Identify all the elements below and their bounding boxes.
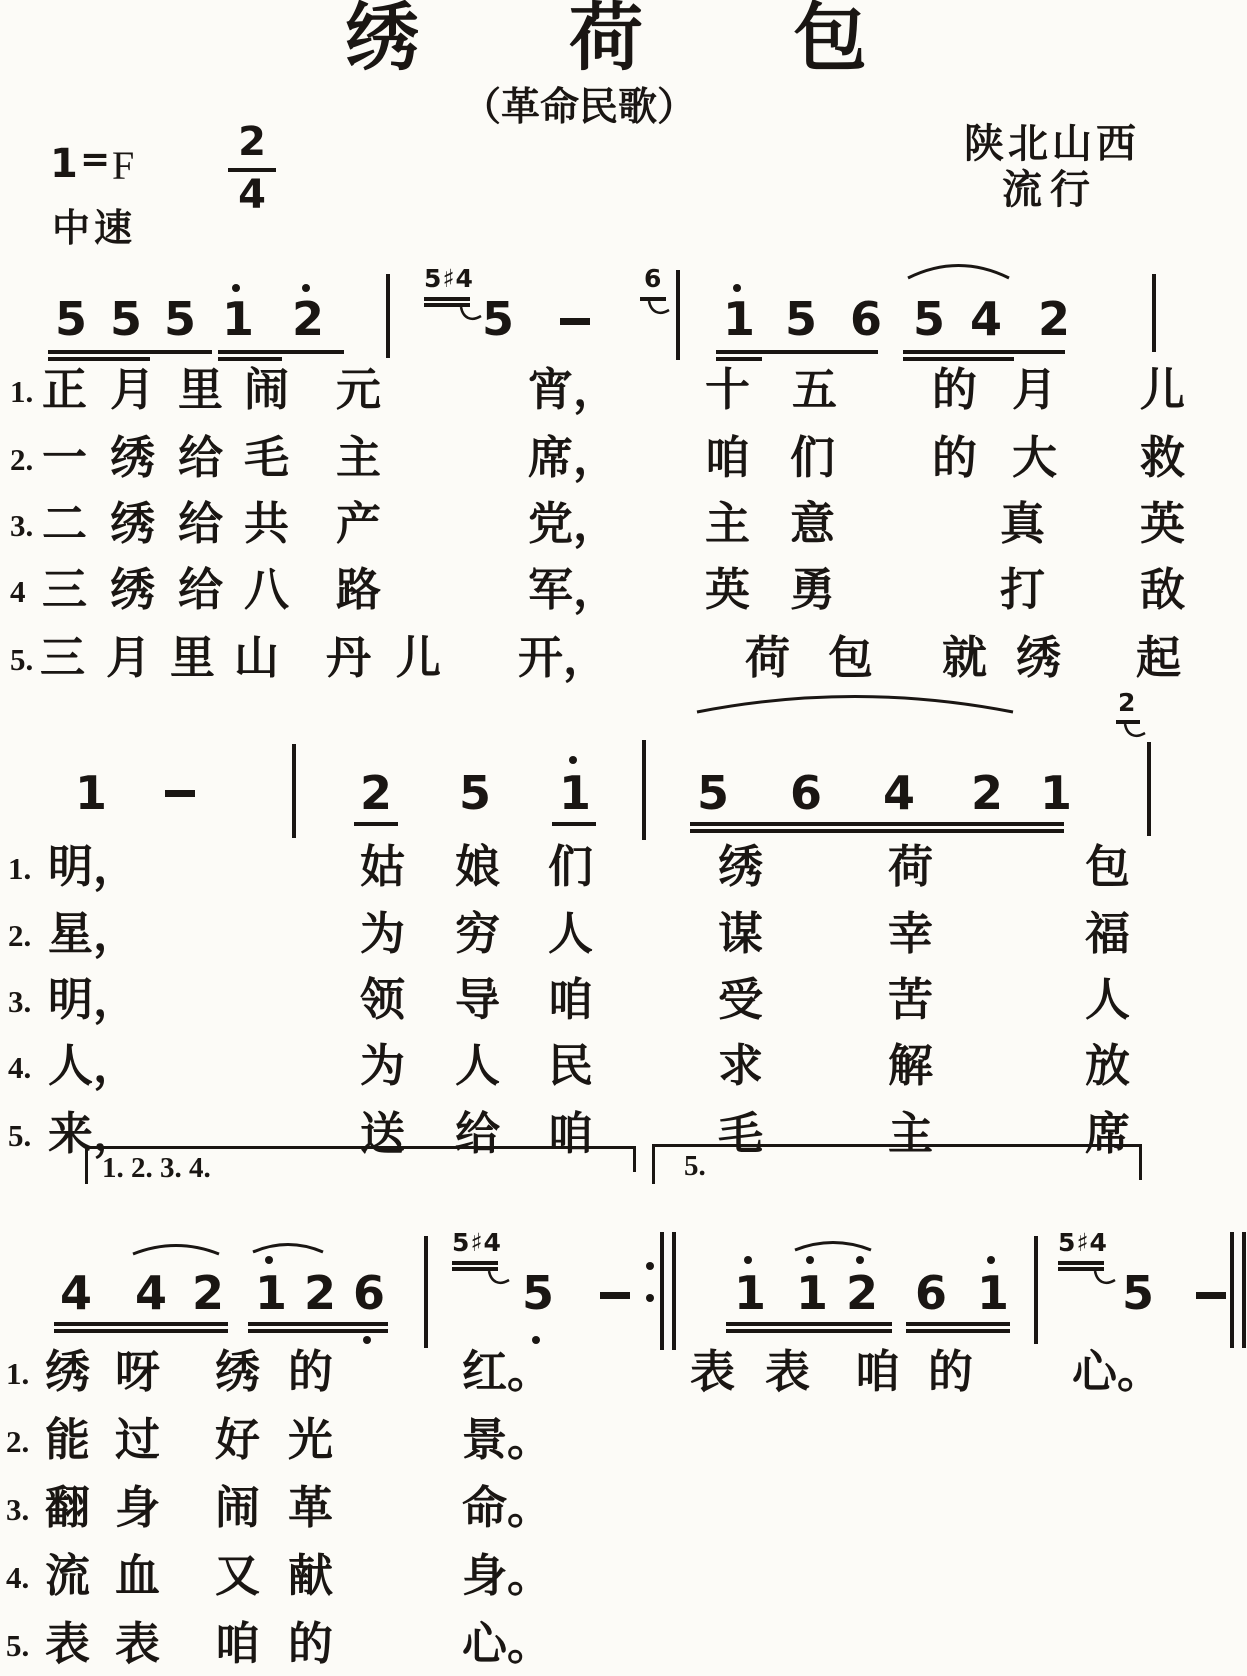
beam-line: [716, 350, 878, 354]
lyric-char: 星，: [48, 912, 138, 957]
note: 1: [559, 770, 591, 816]
barline: [660, 1232, 664, 1350]
barline: [1152, 274, 1156, 352]
verse-number: 4: [10, 576, 26, 607]
duration-dash: [165, 790, 195, 797]
lyric-char: 命。: [462, 1486, 552, 1531]
note: 4: [135, 1270, 167, 1316]
lyric-char: 表: [765, 1350, 810, 1395]
lyric-char: 包: [828, 636, 873, 681]
lyric-char: 流: [45, 1554, 90, 1599]
beam-line: [354, 822, 398, 826]
lyric-char: 献: [288, 1554, 333, 1599]
verse-number: 4.: [6, 1562, 29, 1593]
barline: [1242, 1232, 1246, 1348]
lyric-char: 起: [1136, 636, 1181, 681]
lyric-char: 表: [115, 1622, 160, 1667]
region-text-line1: 陕北山西: [964, 124, 1140, 164]
note: 1: [723, 296, 755, 342]
lyric-char: 明，: [48, 845, 138, 890]
lyric-char: 绣: [110, 436, 155, 481]
lyric-char: 月: [110, 368, 155, 413]
lyric-char: 姑: [360, 845, 405, 890]
note: 5: [110, 296, 142, 342]
slur-arc: [250, 1234, 326, 1261]
lyric-char: 绣: [215, 1350, 260, 1395]
lyric-char: 丹: [326, 636, 371, 681]
lyric-char: 求: [718, 1044, 763, 1089]
volta-bracket-tick: [633, 1146, 636, 1172]
beam-line: [48, 357, 150, 361]
barline: [1147, 742, 1151, 836]
barline: [642, 740, 646, 840]
lyric-char: 心。: [1072, 1350, 1162, 1395]
note: 2: [292, 296, 324, 342]
note: 1: [796, 1270, 828, 1316]
lyric-char: 表: [45, 1622, 90, 1667]
lyric-char: 为: [360, 912, 405, 957]
lyric-char: 苦: [888, 978, 933, 1023]
lyric-char: 民: [548, 1044, 593, 1089]
lyric-char: 主: [888, 1112, 933, 1157]
beam-line: [452, 1261, 498, 1265]
lyric-char: 产: [336, 502, 381, 547]
verse-number: 2.: [8, 920, 31, 951]
octave-dot: [733, 284, 741, 292]
lyric-char: 又: [215, 1554, 260, 1599]
lyric-char: 福: [1085, 912, 1130, 957]
lyric-char: 咱: [548, 978, 593, 1023]
lyric-char: 党，: [528, 502, 618, 547]
barline: [424, 1236, 428, 1348]
lyric-char: 打: [1000, 568, 1045, 613]
octave-dot: [646, 1294, 654, 1302]
lyric-char: 血: [115, 1554, 160, 1599]
beam-line: [903, 357, 1014, 361]
lyric-char: 绣: [110, 568, 155, 613]
note: 1: [222, 296, 254, 342]
verse-number: 3.: [8, 986, 31, 1017]
lyric-char: 共: [244, 502, 289, 547]
grace-tie-hook: [458, 305, 484, 330]
lyric-char: 勇: [790, 568, 835, 613]
key-letter: F: [112, 146, 134, 186]
beam-line: [48, 350, 212, 354]
lyric-char: 三: [42, 568, 87, 613]
lyric-char: 儿: [1140, 368, 1185, 413]
beam-line: [726, 1329, 892, 1333]
lyric-char: 给: [178, 436, 223, 481]
lyric-char: 们: [548, 845, 593, 890]
note: 5: [785, 296, 817, 342]
lyric-char: 的: [932, 436, 977, 481]
octave-dot: [987, 1256, 995, 1264]
octave-dot: [646, 1262, 654, 1270]
verse-number: 4.: [8, 1052, 31, 1083]
duration-dash: [600, 1292, 630, 1299]
slur-arc: [792, 1232, 874, 1259]
note: 2: [971, 770, 1003, 816]
lyric-char: 们: [790, 436, 835, 481]
lyric-char: 明，: [48, 978, 138, 1023]
note: 2: [1038, 296, 1070, 342]
note: 5: [164, 296, 196, 342]
lyric-char: 人: [548, 912, 593, 957]
beam-line: [906, 1329, 1010, 1333]
lyric-char: 来，: [48, 1112, 138, 1157]
beam-line: [1058, 1261, 1104, 1265]
lyric-char: 主: [705, 502, 750, 547]
time-signature: 2 4: [228, 122, 276, 219]
lyric-char: 意: [790, 502, 835, 547]
slur-arc: [905, 250, 1012, 287]
verse-number: 3.: [10, 510, 33, 541]
lyric-char: 月: [1012, 368, 1057, 413]
barline: [676, 270, 680, 360]
lyric-char: 人: [455, 1044, 500, 1089]
verse-number: 1.: [8, 853, 31, 884]
lyric-char: 的: [932, 368, 977, 413]
lyric-char: 光: [288, 1418, 333, 1463]
note: 4: [60, 1270, 92, 1316]
note: 5: [697, 770, 729, 816]
lyric-char: 幸: [888, 912, 933, 957]
barline: [672, 1232, 676, 1350]
lyric-char: 咱: [548, 1112, 593, 1157]
key-tonic-number: 1: [50, 144, 78, 184]
lyric-char: 身: [115, 1486, 160, 1531]
note: 2: [846, 1270, 878, 1316]
lyric-char: 敌: [1140, 568, 1185, 613]
note: 6: [790, 770, 822, 816]
lyric-char: 就: [942, 636, 987, 681]
barline: [1034, 1236, 1038, 1344]
lyric-char: 毛: [718, 1112, 763, 1157]
beam-line: [218, 357, 282, 361]
lyric-char: 人: [1085, 978, 1130, 1023]
lyric-char: 给: [455, 1112, 500, 1157]
barline: [386, 274, 390, 358]
lyric-char: 军，: [528, 568, 618, 613]
grace-tie-hook: [486, 1269, 512, 1294]
note: 4: [970, 296, 1002, 342]
note: 1: [75, 770, 107, 816]
lyric-char: 导: [455, 978, 500, 1023]
lyric-char: 闹: [215, 1486, 260, 1531]
lyric-char: 身。: [462, 1554, 552, 1599]
sheet-music-page: 绣 荷 包 （革命民歌） 1 = F 2 4 陕北山西 流行 中速 555125…: [0, 0, 1247, 1676]
note: 5: [459, 770, 491, 816]
lyric-char: 红。: [462, 1350, 552, 1395]
lyric-char: 咱: [215, 1622, 260, 1667]
lyric-char: 领: [360, 978, 405, 1023]
verse-number: 1.: [10, 376, 33, 407]
lyric-char: 八: [244, 568, 289, 613]
duration-dash: [560, 318, 590, 325]
time-signature-numerator: 2: [228, 122, 276, 166]
lyric-char: 十: [705, 368, 750, 413]
lyric-char: 包: [1085, 845, 1130, 890]
beam-line: [552, 822, 596, 826]
slur-arc: [130, 1234, 222, 1263]
beam-line: [716, 357, 762, 361]
grace-note: 5♯4: [452, 1230, 502, 1255]
beam-line: [903, 350, 1065, 354]
octave-dot: [744, 1256, 752, 1264]
lyric-char: 儿: [396, 636, 441, 681]
lyric-char: 一: [42, 436, 87, 481]
lyric-char: 元: [336, 368, 381, 413]
note: 2: [360, 770, 392, 816]
note: 6: [353, 1270, 385, 1316]
octave-dot: [569, 756, 577, 764]
lyric-char: 主: [336, 436, 381, 481]
note: 2: [304, 1270, 336, 1316]
lyric-char: 绣: [110, 502, 155, 547]
beam-line: [248, 1329, 388, 1333]
lyric-char: 绣: [45, 1350, 90, 1395]
volta-label: 5.: [684, 1152, 706, 1181]
verse-number: 2.: [6, 1426, 29, 1457]
grace-tie-hook: [1092, 1269, 1118, 1294]
lyric-char: 人，: [48, 1044, 138, 1089]
lyric-char: 过: [115, 1418, 160, 1463]
volta-bracket-tick: [652, 1144, 655, 1184]
barline: [1230, 1232, 1234, 1348]
lyric-char: 革: [288, 1486, 333, 1531]
lyric-char: 的: [288, 1622, 333, 1667]
lyric-char: 荷: [888, 845, 933, 890]
lyric-char: 正: [42, 368, 87, 413]
tempo-marking: 中速: [52, 210, 136, 248]
lyric-char: 景。: [462, 1418, 552, 1463]
lyric-char: 受: [718, 978, 763, 1023]
title-char: 绣: [345, 2, 419, 76]
barline: [292, 744, 296, 838]
grace-note: 6: [644, 266, 662, 291]
note: 5: [913, 296, 945, 342]
lyric-char: 谋: [718, 912, 763, 957]
lyric-char: 好: [215, 1418, 260, 1463]
verse-number: 2.: [10, 444, 33, 475]
verse-number: 5.: [6, 1630, 29, 1661]
note: 4: [883, 770, 915, 816]
lyric-char: 心。: [462, 1622, 552, 1667]
grace-tie-hook: [1122, 722, 1148, 747]
lyric-char: 解: [888, 1044, 933, 1089]
note: 5: [1122, 1270, 1154, 1316]
lyric-char: 山: [234, 636, 279, 681]
lyric-char: 真: [1000, 502, 1045, 547]
beam-line: [690, 829, 1064, 833]
note: 1: [255, 1270, 287, 1316]
title-char: 荷: [569, 2, 643, 76]
lyric-char: 宵，: [528, 368, 618, 413]
lyric-char: 为: [360, 1044, 405, 1089]
slur-arc: [694, 678, 1016, 721]
lyric-char: 里: [170, 636, 215, 681]
lyric-char: 救: [1140, 436, 1185, 481]
lyric-char: 英: [705, 568, 750, 613]
lyric-char: 穷: [455, 912, 500, 957]
lyric-char: 席: [1085, 1112, 1130, 1157]
note: 5: [482, 296, 514, 342]
lyric-char: 月: [106, 636, 151, 681]
note: 5: [55, 296, 87, 342]
duration-dash: [1196, 1292, 1226, 1299]
lyric-char: 给: [178, 568, 223, 613]
lyric-char: 能: [45, 1418, 90, 1463]
note: 2: [192, 1270, 224, 1316]
lyric-char: 三: [40, 636, 85, 681]
verse-number: 3.: [6, 1494, 29, 1525]
volta-bracket-tick: [1139, 1144, 1142, 1180]
lyric-char: 大: [1012, 436, 1057, 481]
beam-line: [54, 1322, 228, 1326]
octave-dot: [302, 284, 310, 292]
verse-number: 5.: [10, 644, 33, 675]
beam-line: [726, 1322, 892, 1326]
beam-line: [54, 1329, 228, 1333]
beam-line: [690, 822, 1064, 826]
lyric-char: 表: [690, 1350, 735, 1395]
lyric-char: 翻: [45, 1486, 90, 1531]
lyric-char: 英: [1140, 502, 1185, 547]
lyric-char: 开，: [518, 636, 608, 681]
grace-tie-hook: [646, 299, 672, 324]
octave-dot: [232, 284, 240, 292]
beam-line: [906, 1322, 1010, 1326]
octave-dot: [532, 1336, 540, 1344]
beam-line: [248, 1322, 388, 1326]
beam-line: [218, 350, 344, 354]
time-signature-denominator: 4: [228, 175, 276, 219]
song-subtitle: （革命民歌）: [462, 88, 696, 127]
grace-note: 5♯4: [1058, 1230, 1108, 1255]
verse-number: 5.: [8, 1120, 31, 1151]
note: 5: [522, 1270, 554, 1316]
lyric-char: 五: [792, 368, 837, 413]
equals-sign: =: [80, 142, 110, 178]
lyric-char: 呀: [115, 1350, 160, 1395]
lyric-char: 闹: [244, 368, 289, 413]
title-char: 包: [793, 2, 867, 76]
lyric-char: 里: [178, 368, 223, 413]
lyric-char: 放: [1085, 1044, 1130, 1089]
note: 1: [734, 1270, 766, 1316]
beam-line: [424, 297, 470, 301]
grace-note: 5♯4: [424, 266, 474, 291]
lyric-char: 的: [928, 1350, 973, 1395]
lyric-char: 咱: [705, 436, 750, 481]
grace-note: 2: [1118, 690, 1136, 715]
lyric-char: 路: [336, 568, 381, 613]
lyric-char: 绣: [718, 845, 763, 890]
region-text-line2: 流行: [1002, 170, 1098, 210]
note: 6: [915, 1270, 947, 1316]
lyric-char: 绣: [1016, 636, 1061, 681]
song-title: 绣 荷 包: [345, 2, 867, 76]
lyric-char: 送: [360, 1112, 405, 1157]
lyric-char: 毛: [244, 436, 289, 481]
lyric-char: 娘: [455, 845, 500, 890]
lyric-char: 咱: [855, 1350, 900, 1395]
lyric-char: 二: [42, 502, 87, 547]
lyric-char: 席，: [528, 436, 618, 481]
lyric-char: 的: [288, 1350, 333, 1395]
verse-number: 1.: [6, 1358, 29, 1389]
note: 1: [977, 1270, 1009, 1316]
octave-dot: [363, 1336, 371, 1344]
note: 1: [1040, 770, 1072, 816]
lyric-char: 荷: [745, 636, 790, 681]
lyric-char: 给: [178, 502, 223, 547]
note: 6: [850, 296, 882, 342]
